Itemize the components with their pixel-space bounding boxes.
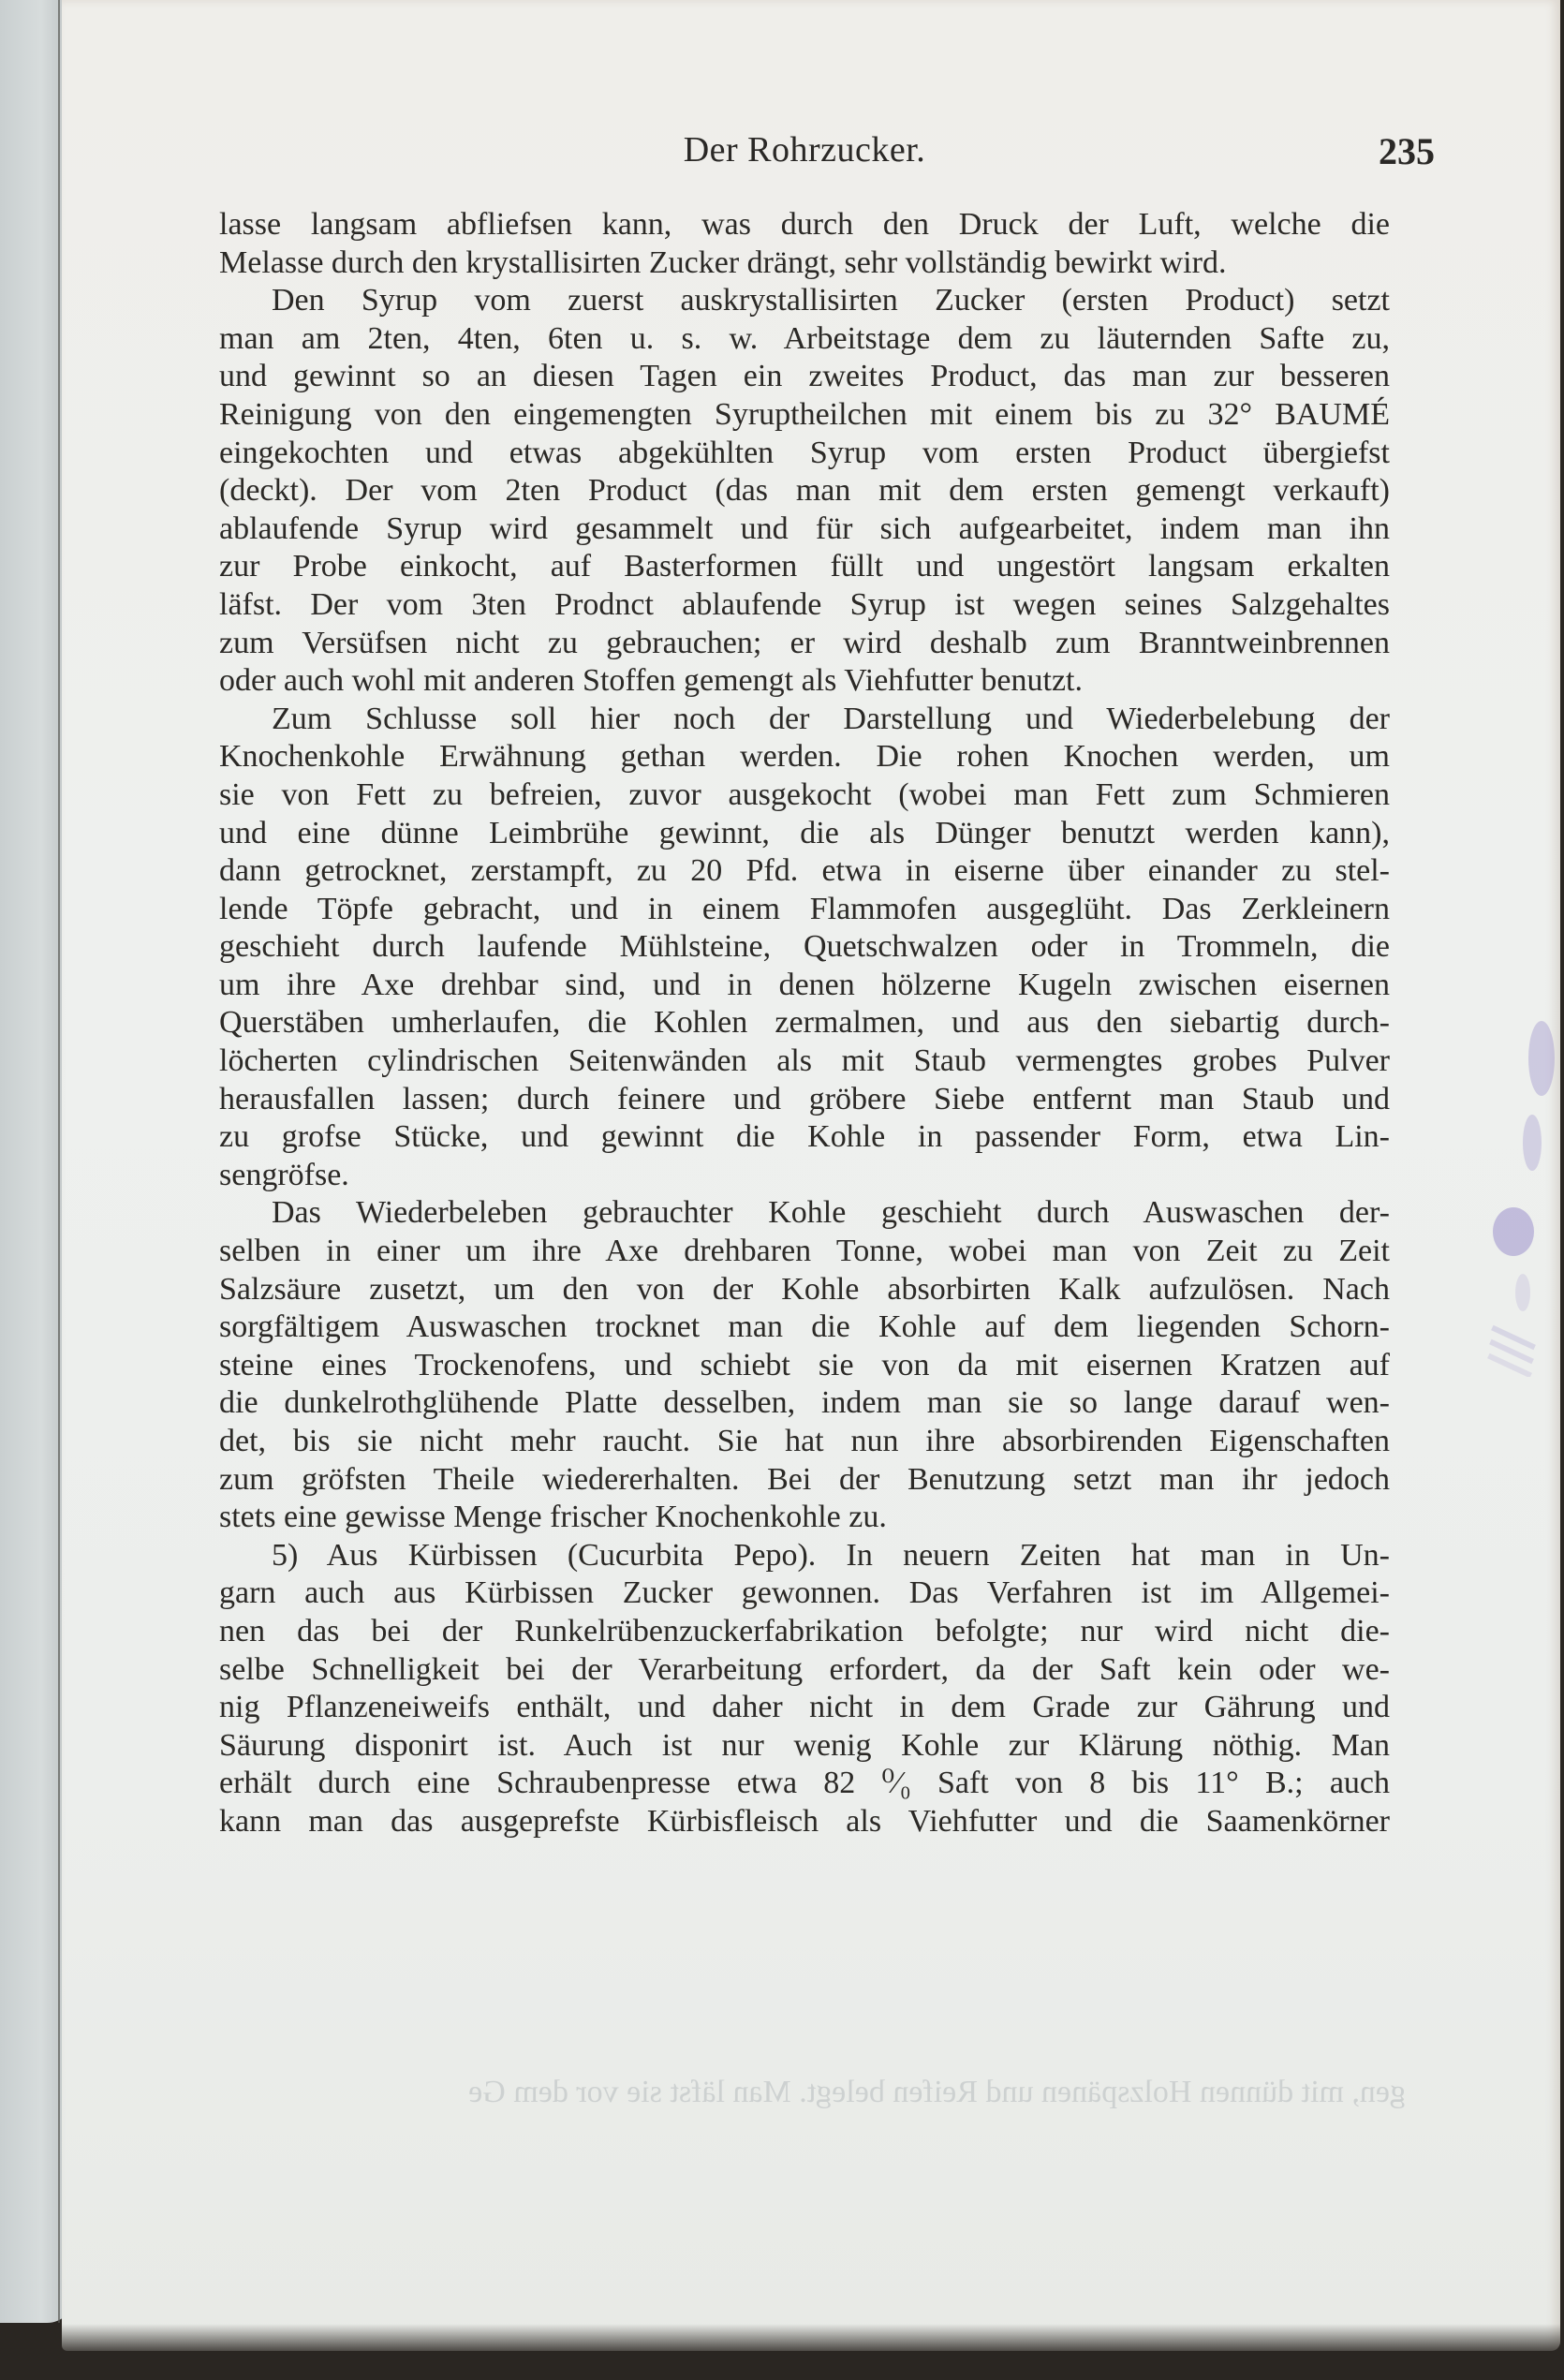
body-text: lasse langsam abfliefsen kann, was durch… <box>219 206 1390 1841</box>
text-line: Reinigung von den eingemengten Syrupthei… <box>219 396 1390 435</box>
text-line: steine eines Trockenofens, und schiebt s… <box>219 1347 1390 1385</box>
paragraph-continuation: lasse langsam abfliefsen kann, was durch… <box>219 206 1390 282</box>
bleed-through-text: gen, mit dünnen Holzspänen und Reifen be… <box>282 2075 1406 2110</box>
text-line: eingekochten und etwas abgekühlten Syrup… <box>219 435 1390 473</box>
text-line: herausfallen lassen; durch feinere und g… <box>219 1081 1390 1119</box>
text-line: und eine dünne Leimbrühe gewinnt, die al… <box>219 815 1390 853</box>
paragraph-syrup: Den Syrup vom zuerst auskrystallisirten … <box>219 282 1390 701</box>
text-line: stets eine gewisse Menge frischer Knoche… <box>219 1499 1390 1537</box>
text-line: erhält durch eine Schraubenpresse etwa 8… <box>219 1765 1390 1803</box>
text-line: zum Versüfsen nicht zu gebrauchen; er wi… <box>219 625 1390 663</box>
text-line: det, bis sie nicht mehr raucht. Sie hat … <box>219 1423 1390 1461</box>
section-heading-line: 5) Aus Kürbissen (Cucurbita Pepo). In ne… <box>219 1537 1390 1575</box>
text-line: Säurung disponirt ist. Auch ist nur weni… <box>219 1727 1390 1766</box>
text-line: Den Syrup vom zuerst auskrystallisirten … <box>219 282 1390 320</box>
text-line: dann getrocknet, zerstampft, zu 20 Pfd. … <box>219 852 1390 891</box>
text-line: Das Wiederbeleben gebrauchter Kohle gesc… <box>219 1194 1390 1233</box>
text-line: lasse langsam abfliefsen kann, was durch… <box>219 206 1390 244</box>
text-line: löcherten cylindrischen Seitenwänden als… <box>219 1042 1390 1081</box>
text-line: sie von Fett zu befreien, zuvor ausgekoc… <box>219 776 1390 815</box>
text-line: zu grofse Stücke, und gewinnt die Kohle … <box>219 1118 1390 1157</box>
text-line: selbe Schnelligkeit bei der Verarbeitung… <box>219 1651 1390 1690</box>
text-line: selben in einer um ihre Axe drehbaren To… <box>219 1233 1390 1271</box>
text-line: Zum Schlusse soll hier noch der Darstell… <box>219 701 1390 739</box>
scan-background <box>0 2324 1564 2380</box>
text-line: oder auch wohl mit anderen Stoffen gemen… <box>219 662 1390 701</box>
book-page: Der Rohrzucker. 235 lasse langsam abflie… <box>62 0 1560 2351</box>
text-line: kann man das ausgeprefste Kürbisfleisch … <box>219 1803 1390 1841</box>
text-line: man am 2ten, 4ten, 6ten u. s. w. Arbeits… <box>219 320 1390 359</box>
text-line: und gewinnt so an diesen Tagen ein zweit… <box>219 358 1390 396</box>
text-line: zum gröfsten Theile wiedererhalten. Bei … <box>219 1461 1390 1500</box>
text-line: (deckt). Der vom 2ten Product (das man m… <box>219 472 1390 510</box>
running-title: Der Rohrzucker. <box>219 129 1390 170</box>
book-gutter <box>58 0 60 2323</box>
page-content: Der Rohrzucker. 235 lasse langsam abflie… <box>219 129 1390 1841</box>
text-line: die dunkelrothglühende Platte desselben,… <box>219 1384 1390 1423</box>
text-line: sengröfse. <box>219 1157 1390 1195</box>
paragraph-pumpkins: 5) Aus Kürbissen (Cucurbita Pepo). In ne… <box>219 1537 1390 1841</box>
paragraph-bone-charcoal: Zum Schlusse soll hier noch der Darstell… <box>219 701 1390 1195</box>
text-line: sorgfältigem Auswaschen trocknet man die… <box>219 1308 1390 1347</box>
text-line: nen das bei der Runkelrübenzuckerfabrika… <box>219 1613 1390 1651</box>
text-line: zur Probe einkocht, auf Basterformen fül… <box>219 548 1390 586</box>
text-line: Melasse durch den krystallisirten Zucker… <box>219 244 1390 283</box>
text-line: um ihre Axe drehbar sind, und in denen h… <box>219 967 1390 1005</box>
text-line: Knochenkohle Erwähnung gethan werden. Di… <box>219 738 1390 776</box>
text-line: ablaufende Syrup wird gesammelt und für … <box>219 510 1390 549</box>
text-line: läfst. Der vom 3ten Prodnct ablaufende S… <box>219 586 1390 625</box>
text-line: garn auch aus Kürbissen Zucker gewonnen.… <box>219 1574 1390 1613</box>
text-line: Salzsäure zusetzt, um den von der Kohle … <box>219 1271 1390 1309</box>
text-line: nig Pflanzeneiweifs enthält, und daher n… <box>219 1689 1390 1727</box>
running-head: Der Rohrzucker. 235 <box>219 129 1390 185</box>
paragraph-revival: Das Wiederbeleben gebrauchter Kohle gesc… <box>219 1194 1390 1536</box>
text-line: geschieht durch laufende Mühlsteine, Que… <box>219 928 1390 967</box>
text-line: Querstäben umherlaufen, die Kohlen zerma… <box>219 1004 1390 1042</box>
page-number: 235 <box>1379 129 1435 173</box>
text-line: lende Töpfe gebracht, und in einem Flamm… <box>219 891 1390 929</box>
library-stamp-icon <box>1471 983 1564 1377</box>
